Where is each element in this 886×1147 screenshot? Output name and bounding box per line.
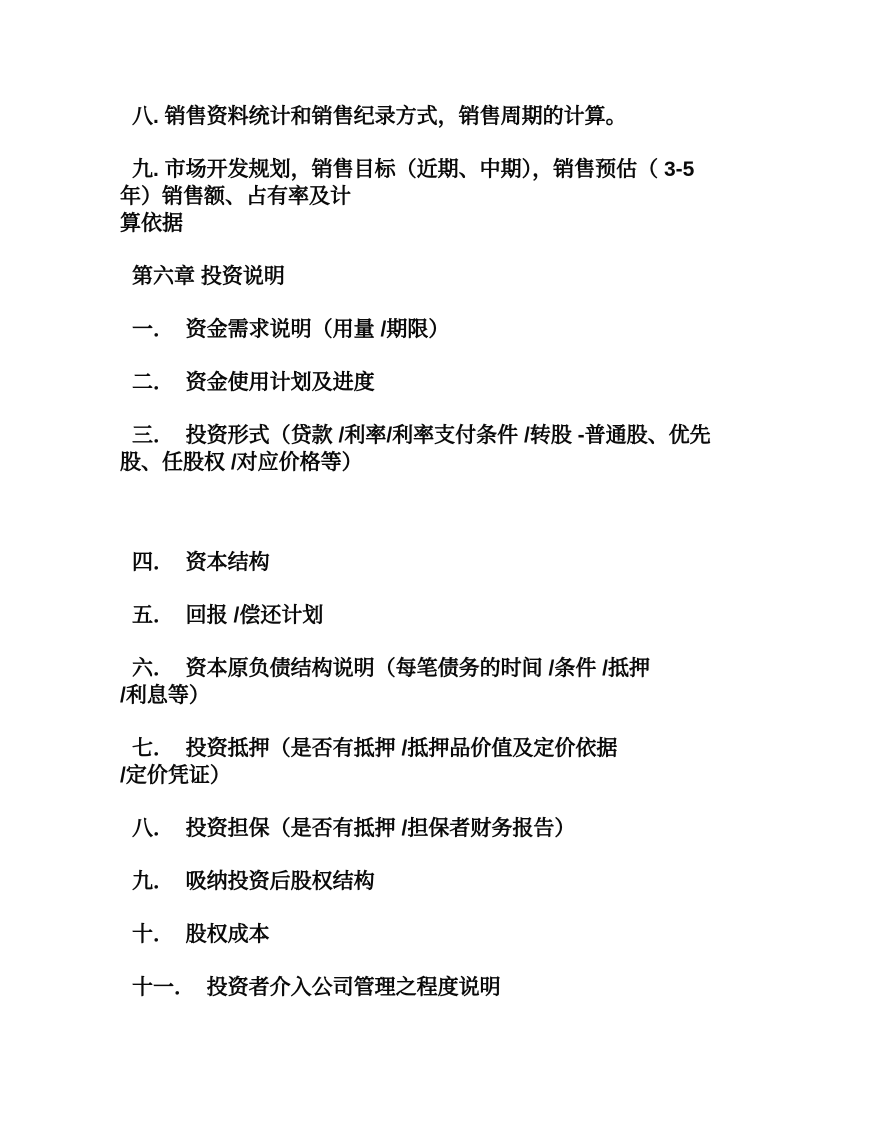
item-2-fund-usage-plan: 二． 资金使用计划及进度: [120, 369, 826, 396]
chapter-6-heading: 第六章 投资说明: [120, 263, 826, 290]
item-10-equity-cost: 十． 股权成本: [120, 921, 826, 948]
item-5-return-repayment-plan: 五． 回报 /偿还计划: [120, 602, 826, 629]
item-7-investment-collateral: 七． 投资抵押（是否有抵押 /抵押品价值及定价依据 /定价凭证）: [120, 735, 826, 789]
document-page: 八. 销售资料统计和销售纪录方式，销售周期的计算。 九. 市场开发规划，销售目标…: [0, 0, 886, 1147]
item-6-original-debt-structure: 六． 资本原负债结构说明（每笔债务的时间 /条件 /抵押 /利息等）: [120, 655, 826, 709]
item-9-post-investment-equity: 九． 吸纳投资后股权结构: [120, 868, 826, 895]
item-1-funding-needs: 一． 资金需求说明（用量 /期限）: [120, 316, 826, 343]
item-8-investment-guarantee: 八． 投资担保（是否有抵押 /担保者财务报告）: [120, 815, 826, 842]
item-4-capital-structure: 四． 资本结构: [120, 549, 826, 576]
item-11-investor-involvement: 十一． 投资者介入公司管理之程度说明: [120, 974, 826, 1001]
item-3-investment-form: 三． 投资形式（贷款 /利率/利率支付条件 /转股 -普通股、优先 股、任股权 …: [120, 422, 826, 476]
doc-item-9-market-development: 九. 市场开发规划，销售目标（近期、中期），销售预估（ 3-5 年）销售额、占有…: [120, 156, 826, 237]
doc-item-8-sales-statistics: 八. 销售资料统计和销售纪录方式，销售周期的计算。: [120, 103, 826, 130]
